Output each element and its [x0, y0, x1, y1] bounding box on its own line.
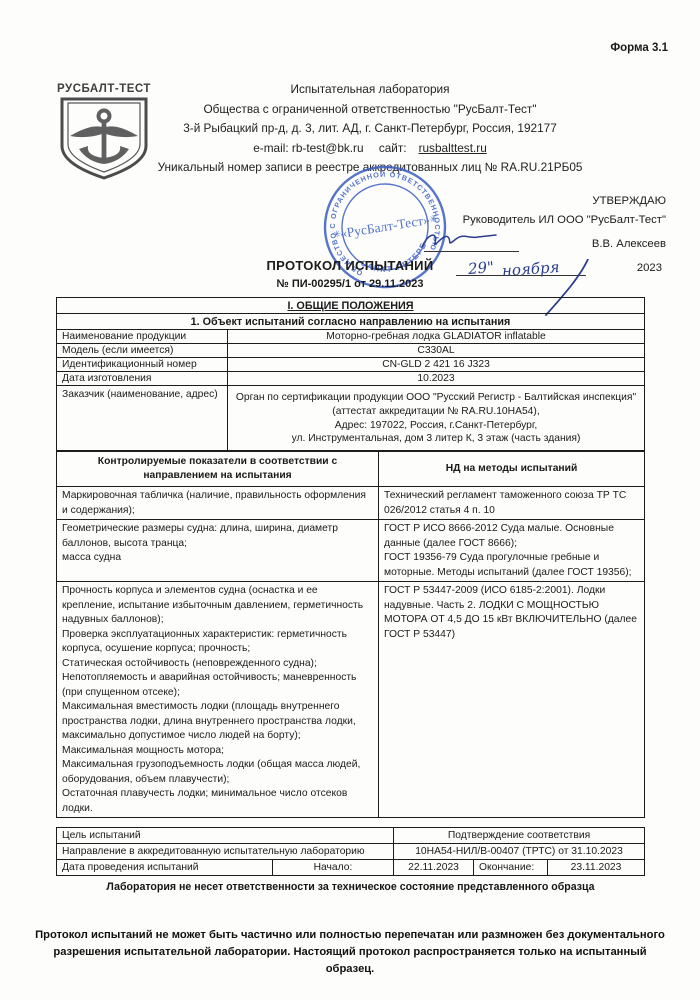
table-row: Прочность корпуса и элементов судна (осн… — [57, 582, 645, 818]
customer-label: Заказчик (наименование, адрес) — [57, 386, 228, 452]
goal-label: Цель испытаний — [57, 828, 394, 844]
table-row: Маркировочная табличка (наличие, правиль… — [57, 487, 645, 520]
org-site-label: сайт: — [379, 141, 407, 155]
approve-label: УТВЕРЖДАЮ — [416, 193, 666, 210]
protocol-title: ПРОТОКОЛ ИСПЫТАНИЙ — [0, 258, 700, 273]
protocol-tables: I. ОБЩИЕ ПОЛОЖЕНИЯ 1. Объект испытаний с… — [56, 297, 645, 893]
test-parameters-table: Контролируемые показатели в соответствии… — [56, 450, 645, 818]
document-page: Форма 3.1 РУСБАЛТ-ТЕСТ Испытательная лаб… — [0, 0, 700, 1000]
method-marking: Технический регламент таможенного союза … — [379, 487, 645, 520]
lab-disclaimer: Лаборатория не несет ответственности за … — [56, 881, 645, 893]
table-row: Наименование продукции Моторно-гребная л… — [57, 330, 645, 344]
id-number-label: Идентификационный номер — [57, 358, 228, 372]
model-label: Модель (если имеется) — [57, 344, 228, 358]
start-date: 22.11.2023 — [394, 860, 474, 876]
goal-row: Цель испытаний Подтверждение соответстви… — [57, 828, 645, 844]
param-marking: Маркировочная табличка (наличие, правиль… — [57, 487, 379, 520]
test-dates-label: Дата проведения испытаний — [57, 860, 273, 876]
document-title-block: ПРОТОКОЛ ИСПЫТАНИЙ № ПИ-00295/1 от 29.11… — [0, 258, 700, 290]
org-name: Общества с ограниченной ответственностью… — [70, 100, 670, 120]
product-name-value: Моторно-гребная лодка GLADIATOR inflatab… — [228, 330, 645, 344]
product-name-label: Наименование продукции — [57, 330, 228, 344]
params-header-right: НД на методы испытаний — [379, 451, 645, 487]
accreditation-number: Уникальный номер записи в реестре аккред… — [70, 158, 670, 178]
protocol-number: № ПИ-00295/1 от 29.11.2023 — [0, 278, 700, 290]
dates-row: Дата проведения испытаний Начало: 22.11.… — [57, 860, 645, 876]
referral-value: 10НА54-НИЛ/В-00407 (ТРТС) от 31.10.2023 — [394, 844, 645, 860]
end-label: Окончание: — [474, 860, 548, 876]
customer-line: Орган по сертификации продукции ООО "Рус… — [233, 391, 639, 405]
method-geometry: ГОСТ Р ИСО 8666-2012 Суда малые. Основны… — [379, 520, 645, 582]
referral-label: Направление в аккредитованную испытатель… — [57, 844, 394, 860]
section-2-title: 1. Объект испытаний согласно направлению… — [57, 314, 645, 330]
form-number-label: Форма 3.1 — [610, 42, 668, 54]
org-email: e-mail: rb-test@bk.ru — [253, 141, 363, 155]
org-site-url: rusbalttest.ru — [419, 141, 487, 155]
copy-restriction-note: Протокол испытаний не может быть частичн… — [30, 927, 670, 978]
method-gost-53447: ГОСТ Р 53447-2009 (ИСО 6185-2:2001). Лод… — [379, 582, 645, 818]
customer-line: ул. Инструментальная, дом 3 литер К, 3 э… — [233, 432, 639, 446]
start-label: Начало: — [273, 860, 394, 876]
referral-row: Направление в аккредитованную испытатель… — [57, 844, 645, 860]
stamp-star-left: ✳ — [332, 229, 342, 241]
customer-row: Заказчик (наименование, адрес) Орган по … — [57, 386, 645, 452]
approver-title: Руководитель ИЛ ООО "РусБалт-Тест" — [416, 212, 666, 229]
table-row: Дата изготовления 10.2023 — [57, 372, 645, 386]
table-row: Геометрические размеры судна: длина, шир… — [57, 520, 645, 582]
manufacture-date-value: 10.2023 — [228, 372, 645, 386]
test-dates-table: Цель испытаний Подтверждение соответстви… — [56, 827, 645, 876]
goal-value: Подтверждение соответствия — [394, 828, 645, 844]
section-1-title: I. ОБЩИЕ ПОЛОЖЕНИЯ — [57, 298, 645, 314]
param-strength-list: Прочность корпуса и элементов судна (осн… — [57, 582, 379, 818]
manufacture-date-label: Дата изготовления — [57, 372, 228, 386]
id-number-value: CN-GLD 2 421 16 J323 — [228, 358, 645, 372]
org-contacts: e-mail: rb-test@bk.ru сайт:rusbalttest.r… — [70, 139, 670, 159]
general-info-table: I. ОБЩИЕ ПОЛОЖЕНИЯ 1. Объект испытаний с… — [56, 297, 645, 452]
lab-title: Испытательная лаборатория — [70, 80, 670, 100]
signature-icon — [418, 229, 518, 253]
customer-line: Адрес: 197022, Россия, г.Санкт-Петербург… — [233, 419, 639, 433]
table-row: Модель (если имеется) C330AL — [57, 344, 645, 358]
customer-value: Орган по сертификации продукции ООО "Рус… — [228, 386, 645, 452]
customer-line: (аттестат аккредитации № RA.RU.10НА54), — [233, 405, 639, 419]
params-header-left: Контролируемые показатели в соответствии… — [57, 451, 379, 487]
signature-row: В.В. Алексеев — [416, 231, 666, 255]
org-address: 3-й Рыбацкий пр-д, д. 3, лит. АД, г. Сан… — [70, 119, 670, 139]
model-value: C330AL — [228, 344, 645, 358]
end-date: 23.11.2023 — [548, 860, 645, 876]
org-header: Испытательная лаборатория Общества с огр… — [70, 80, 670, 178]
approver-name: В.В. Алексеев — [592, 236, 666, 253]
param-geometry: Геометрические размеры судна: длина, шир… — [57, 520, 379, 582]
table-row: Идентификационный номер CN-GLD 2 421 16 … — [57, 358, 645, 372]
